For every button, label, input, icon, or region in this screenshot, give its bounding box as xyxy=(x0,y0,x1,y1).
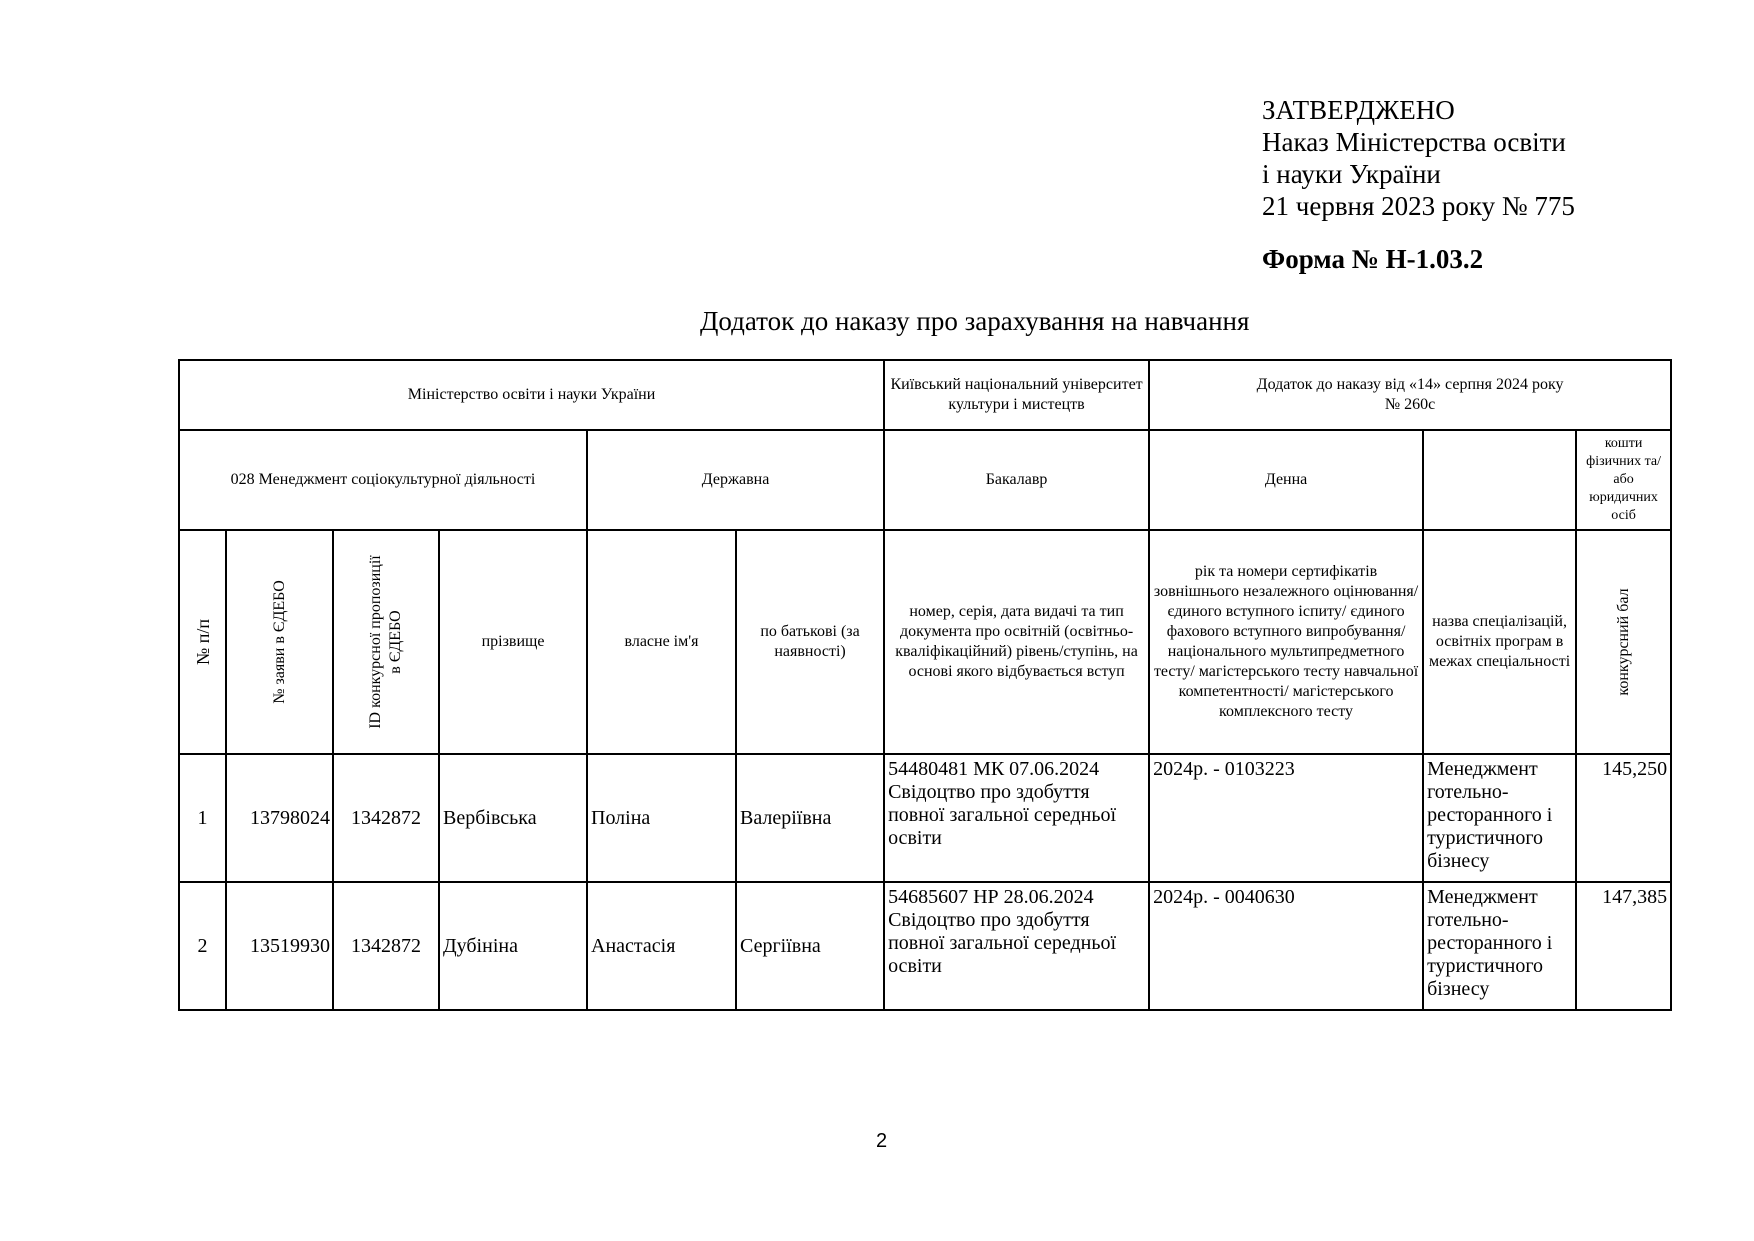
cell-first-name: Анастасія xyxy=(587,882,736,1010)
empty-cell xyxy=(1423,430,1576,530)
header-offer-id: ID конкурсної пропозиціїв ЄДЕБО xyxy=(333,530,439,754)
header-document: номер, серія, дата видачі та тип докумен… xyxy=(884,530,1149,754)
cell-score: 147,385 xyxy=(1576,882,1671,1010)
cell-surname: Дубініна xyxy=(439,882,587,1010)
header-surname: прізвище xyxy=(439,530,587,754)
cell-score: 145,250 xyxy=(1576,754,1671,882)
funding-source-cell: кошти фізичних та/або юридичних осіб xyxy=(1576,430,1671,530)
table-row: 1 13798024 1342872 Вербівська Поліна Вал… xyxy=(179,754,1671,882)
cell-specialization: Менеджмент готельно-ресторанного і турис… xyxy=(1423,754,1576,882)
cell-application-no: 13519930 xyxy=(226,882,333,1010)
table-row: 2 13519930 1342872 Дубініна Анастасія Се… xyxy=(179,882,1671,1010)
page-number: 2 xyxy=(876,1130,887,1153)
header-specialization: назва спеціалізацій, освітніх програм в … xyxy=(1423,530,1576,754)
order-ref-line: Додаток до наказу від «14» серпня 2024 р… xyxy=(1152,375,1668,395)
table-row: 028 Менеджмент соціокультурної діяльност… xyxy=(179,430,1671,530)
cell-first-name: Поліна xyxy=(587,754,736,882)
cell-num: 1 xyxy=(179,754,226,882)
header-certificates: рік та номери сертифікатів зовнішнього н… xyxy=(1149,530,1423,754)
order-ref-number: № 260с xyxy=(1152,395,1668,415)
cell-document: 54480481 МК 07.06.2024 Свідоцтво про здо… xyxy=(884,754,1149,882)
cell-surname: Вербівська xyxy=(439,754,587,882)
cell-document: 54685607 НР 28.06.2024 Свідоцтво про здо… xyxy=(884,882,1149,1010)
study-form-cell: Денна xyxy=(1149,430,1423,530)
cell-certificates: 2024р. - 0040630 xyxy=(1149,882,1423,1010)
degree-cell: Бакалавр xyxy=(884,430,1149,530)
header-patronymic: по батькові (за наявності) xyxy=(736,530,884,754)
university-cell: Київський національний університет культ… xyxy=(884,360,1149,430)
cell-offer-id: 1342872 xyxy=(333,754,439,882)
funding-cell: Державна xyxy=(587,430,884,530)
header-application-no: № заяви в ЄДЕБО xyxy=(226,530,333,754)
header-score: конкурсний бал xyxy=(1576,530,1671,754)
cell-certificates: 2024р. - 0103223 xyxy=(1149,754,1423,882)
enrollment-table: Міністерство освіти і науки України Київ… xyxy=(178,359,1672,1011)
cell-num: 2 xyxy=(179,882,226,1010)
cell-patronymic: Сергіївна xyxy=(736,882,884,1010)
approval-line: ЗАТВЕРДЖЕНО xyxy=(1262,94,1575,126)
ministry-cell: Міністерство освіти і науки України xyxy=(179,360,884,430)
approval-line: і науки України xyxy=(1262,158,1575,190)
cell-patronymic: Валеріївна xyxy=(736,754,884,882)
cell-application-no: 13798024 xyxy=(226,754,333,882)
approval-line: 21 червня 2023 року № 775 xyxy=(1262,190,1575,222)
cell-offer-id: 1342872 xyxy=(333,882,439,1010)
header-first-name: власне ім'я xyxy=(587,530,736,754)
header-num: № п/п xyxy=(179,530,226,754)
table-row: Міністерство освіти і науки України Київ… xyxy=(179,360,1671,430)
specialty-cell: 028 Менеджмент соціокультурної діяльност… xyxy=(179,430,587,530)
cell-specialization: Менеджмент готельно-ресторанного і турис… xyxy=(1423,882,1576,1010)
document-title: Додаток до наказу про зарахування на нав… xyxy=(700,306,1249,337)
header-row: № п/п № заяви в ЄДЕБО ID конкурсної проп… xyxy=(179,530,1671,754)
order-ref-cell: Додаток до наказу від «14» серпня 2024 р… xyxy=(1149,360,1671,430)
approval-line: Наказ Міністерства освіти xyxy=(1262,126,1575,158)
approval-block: ЗАТВЕРДЖЕНО Наказ Міністерства освіти і … xyxy=(1262,94,1575,222)
form-number: Форма № Н-1.03.2 xyxy=(1262,244,1483,275)
